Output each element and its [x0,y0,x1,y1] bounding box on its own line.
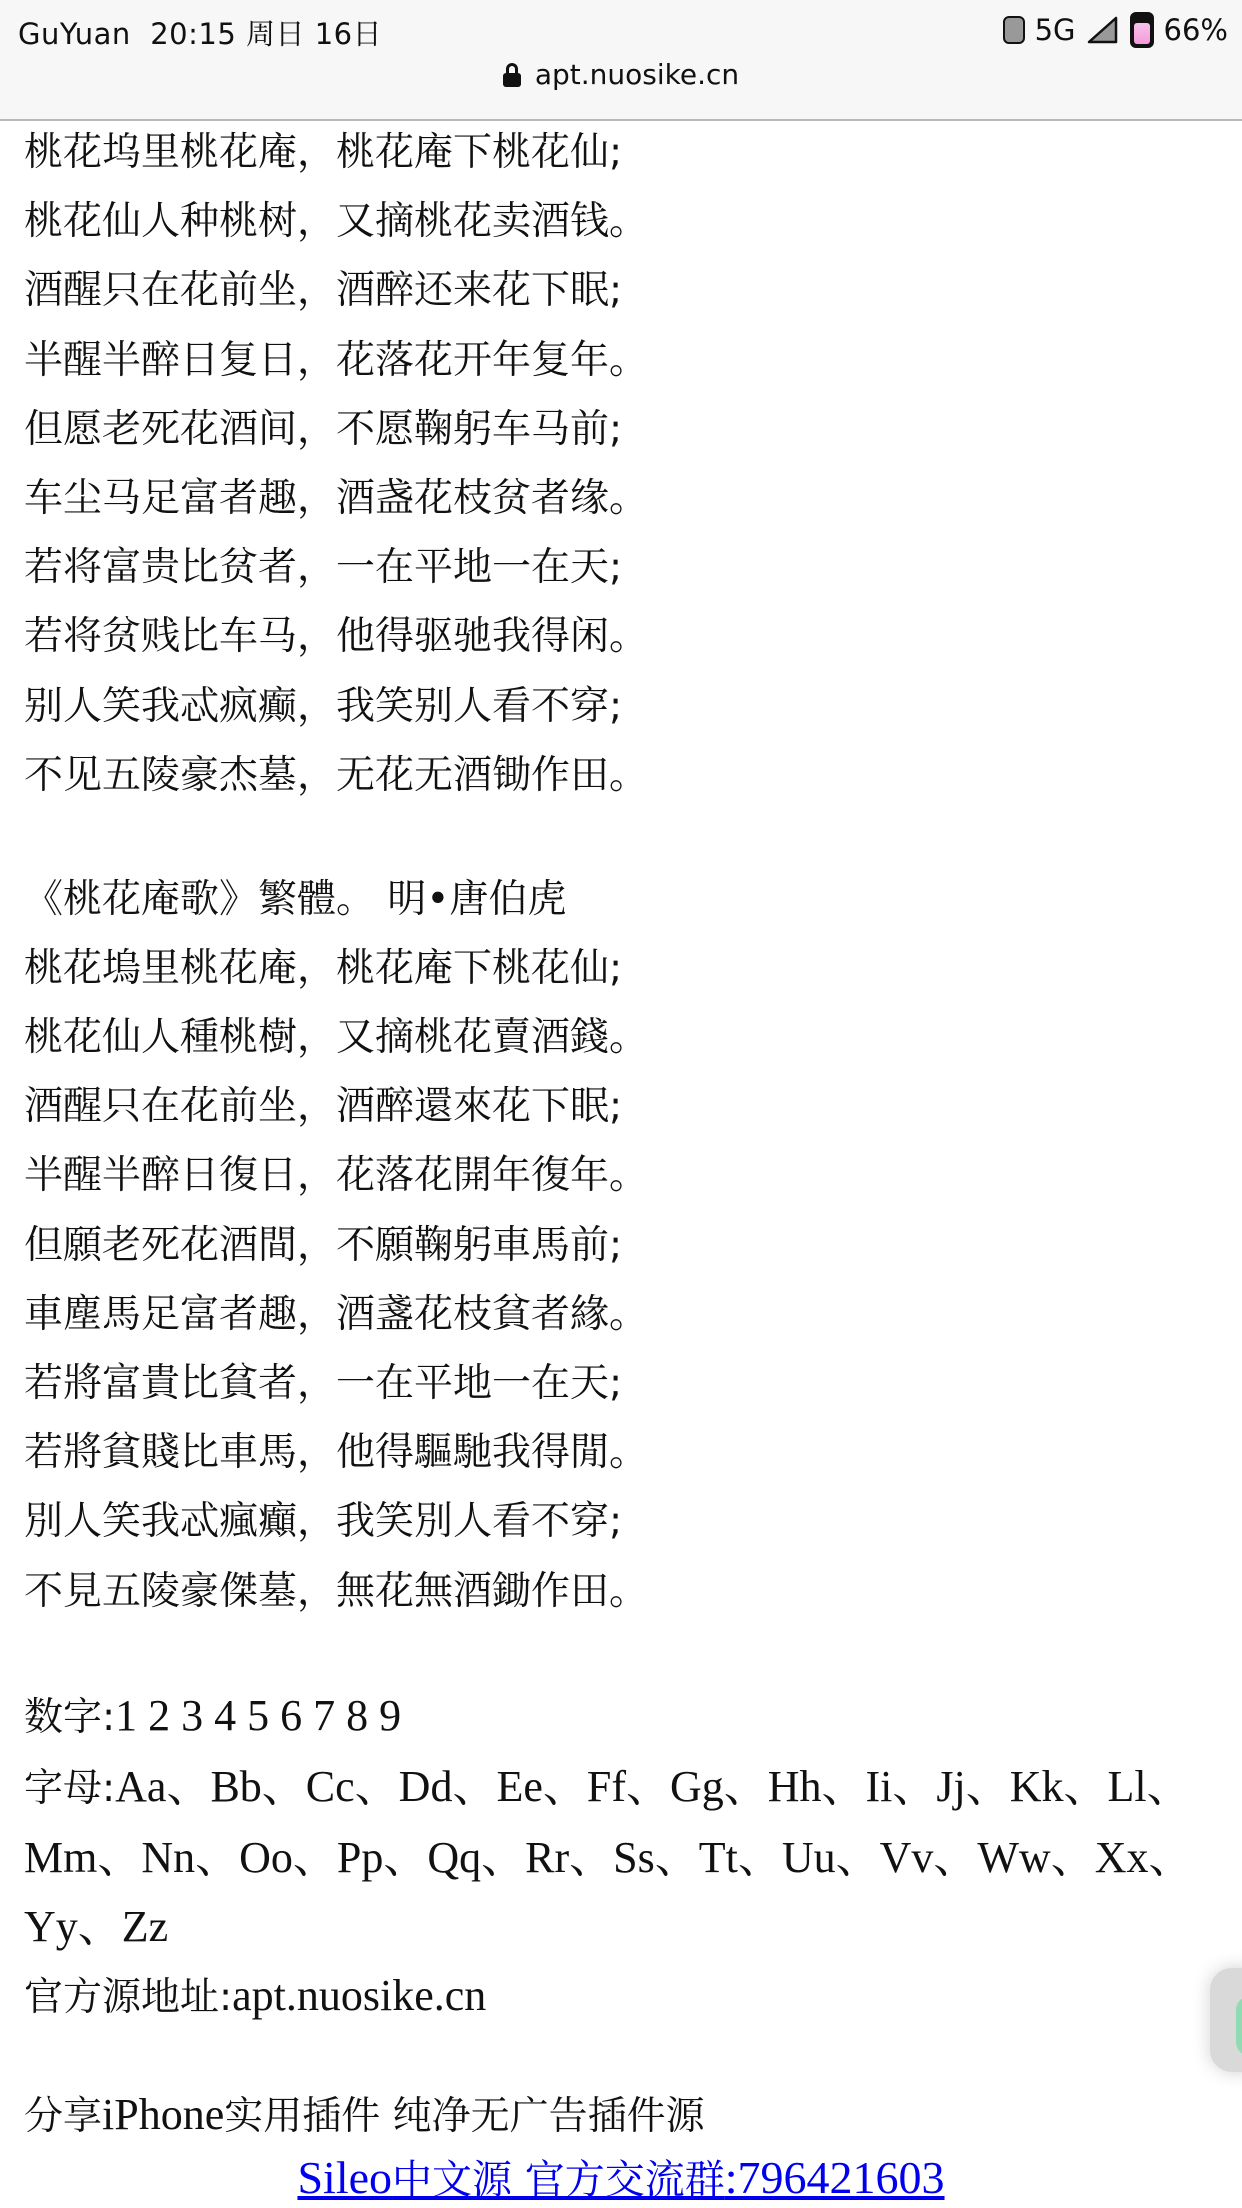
battery-level-fill [1134,23,1150,44]
poem-line: 若將貧賤比車馬，他得驅馳我得閒。 [24,1418,1224,1487]
status-bar-left: GuYuan 20:15 周日 16日 [18,12,382,53]
page-content: 桃花坞里桃花庵，桃花庵下桃花仙; 桃花仙人种桃树，又摘桃花卖酒钱。 酒醒只在花前… [24,118,1224,2151]
spacer [24,1626,1224,1681]
lock-icon [503,63,521,87]
url-text[interactable]: apt.nuosike.cn [535,58,739,91]
poem-line: 車塵馬足富者趣，酒盞花枝貧者緣。 [24,1280,1224,1349]
poem-line: 但願老死花酒間，不願鞠躬車馬前; [24,1211,1224,1280]
spacer [24,810,1224,865]
battery-icon [1130,12,1154,48]
letters-label: 字母: [24,1766,115,1811]
poem-title: 《桃花庵歌》繁體。 明•唐伯虎 [24,865,1224,934]
poem-line: 半醒半醉日復日，花落花開年復年。 [24,1141,1224,1210]
font-samples: 数字:1 2 3 4 5 6 7 8 9 字母:Aa、Bb、Cc、Dd、Ee、F… [24,1681,1224,2151]
poem-line: 酒醒只在花前坐，酒醉还来花下眠; [24,256,1224,325]
letters-line-2: Mm、Nn、Oo、Pp、Qq、Rr、Ss、Tt、Uu、Vv、Ww、Xx、 [24,1823,1224,1892]
poem-line: 別人笑我忒瘋癲，我笑別人看不穿; [24,1487,1224,1556]
status-bar-right: 5G 66% [1003,12,1228,48]
poem-line: 桃花塢里桃花庵，桃花庵下桃花仙; [24,934,1224,1003]
browser-header: GuYuan 20:15 周日 16日 5G 66% apt.nuosike.c… [0,0,1242,121]
digits-sample: 数字:1 2 3 4 5 6 7 8 9 [24,1681,1224,1752]
clock-time: 20:15 [150,17,236,51]
poem-line: 若将富贵比贫者，一在平地一在天; [24,533,1224,602]
floating-button-icon [1236,1996,1242,2056]
address-bar[interactable]: apt.nuosike.cn [0,58,1242,91]
source-url: apt.nuosike.cn [232,1971,486,2020]
poem-line: 桃花仙人种桃树，又摘桃花卖酒钱。 [24,187,1224,256]
battery-percent: 66% [1164,13,1228,47]
poem-line: 别人笑我忒疯癫，我笑别人看不穿; [24,672,1224,741]
source-address: 官方源地址:apt.nuosike.cn [24,1961,1224,2032]
poem-line: 酒醒只在花前坐，酒醉還來花下眠; [24,1072,1224,1141]
poem-line: 不見五陵豪傑墓，無花無酒鋤作田。 [24,1557,1224,1626]
poem-simplified: 桃花坞里桃花庵，桃花庵下桃花仙; 桃花仙人种桃树，又摘桃花卖酒钱。 酒醒只在花前… [24,118,1224,810]
network-type: 5G [1035,13,1076,47]
date-text: 周日 16日 [246,17,382,51]
poem-line: 不见五陵豪杰墓，无花无酒锄作田。 [24,741,1224,810]
poem-line: 若將富貴比貧者，一在平地一在天; [24,1349,1224,1418]
letters-line-1: Aa、Bb、Cc、Dd、Ee、Ff、Gg、Hh、Ii、Jj、Kk、Ll、 [115,1762,1191,1811]
source-label: 官方源地址: [24,1975,232,2020]
poem-line: 桃花坞里桃花庵，桃花庵下桃花仙; [24,118,1224,187]
poem-line: 车尘马足富者趣，酒盏花枝贫者缘。 [24,464,1224,533]
poem-line: 若将贫贱比车马，他得驱驰我得闲。 [24,602,1224,671]
poem-line: 半醒半醉日复日，花落花开年复年。 [24,326,1224,395]
poem-line: 但愿老死花酒间，不愿鞠躬车马前; [24,395,1224,464]
letters-line-3: Yy、Zz [24,1892,1224,1961]
carrier-name: GuYuan [18,17,131,51]
digits-value: 1 2 3 4 5 6 7 8 9 [115,1691,401,1740]
cellular-signal-icon [1086,15,1120,45]
poem-traditional: 《桃花庵歌》繁體。 明•唐伯虎 桃花塢里桃花庵，桃花庵下桃花仙; 桃花仙人種桃樹… [24,865,1224,1626]
poem-line: 桃花仙人種桃樹，又摘桃花賣酒錢。 [24,1003,1224,1072]
sim-card-icon [1003,16,1025,44]
letters-sample: 字母:Aa、Bb、Cc、Dd、Ee、Ff、Gg、Hh、Ii、Jj、Kk、Ll、 [24,1752,1224,1823]
share-text: 分享iPhone实用插件 纯净无广告插件源 [24,2080,1224,2151]
floating-assistive-button[interactable] [1210,1968,1242,2072]
qq-group-link[interactable]: Sileo中文源 官方交流群:796421603 [0,2148,1242,2205]
digits-label: 数字: [24,1695,115,1740]
